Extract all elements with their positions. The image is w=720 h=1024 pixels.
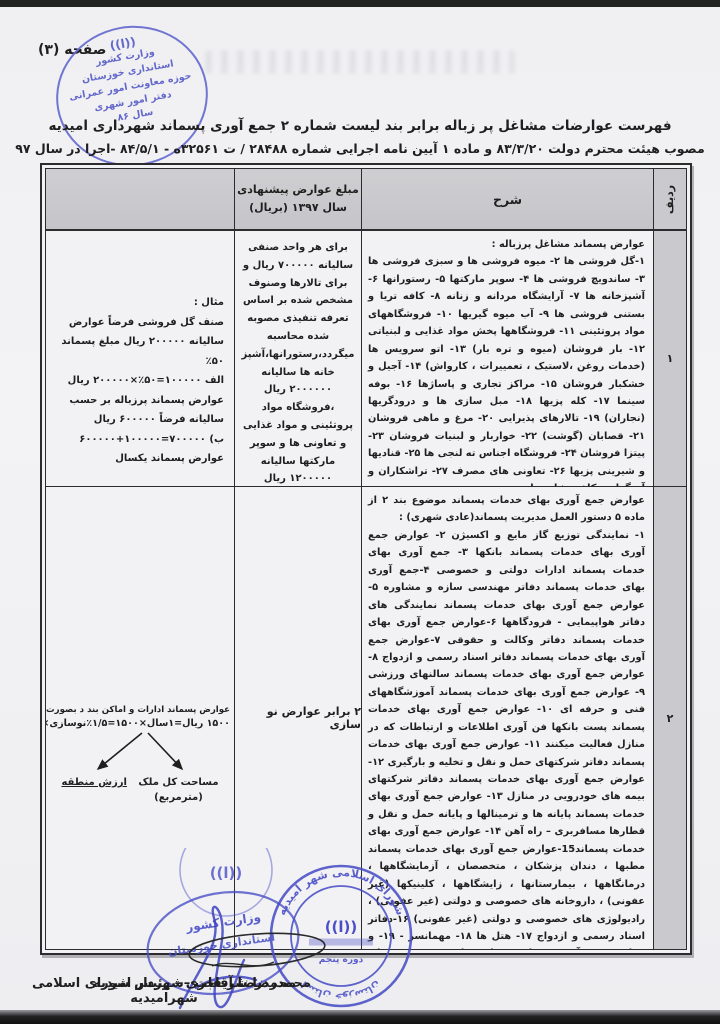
scan-edge-bottom xyxy=(0,1010,720,1024)
formula-intro: عوارض پسماند ادارات و اماکن بند د بصورت … xyxy=(50,705,230,715)
header-description-label: شرح xyxy=(493,192,522,207)
row1-amount: برای هر واحد صنفی سالیانه ۷۰۰۰۰۰ ریال و … xyxy=(234,231,361,487)
arrow-to-zone-value xyxy=(148,733,182,769)
tariff-table: ردیف شرح مبلغ عوارض پیشنهادی سال ۱۳۹۷ (ب… xyxy=(40,163,692,955)
header-row-number-label: ردیف xyxy=(664,184,677,213)
header-amount-label: مبلغ عوارض پیشنهادی سال ۱۳۹۷ (بریال) xyxy=(237,181,359,216)
scan-edge-top xyxy=(0,0,720,7)
label-zone-value: ارزش منطقه xyxy=(61,775,127,805)
row2-number: ۲ xyxy=(653,487,686,949)
tariff-table-grid: ردیف شرح مبلغ عوارض پیشنهادی سال ۱۳۹۷ (ب… xyxy=(45,168,687,950)
row1-description: عوارض پسماند مشاغل پرزباله : ۱-گل فروشی … xyxy=(361,231,653,487)
header-row-number: ردیف xyxy=(653,169,686,231)
header-note-empty xyxy=(46,169,234,231)
header-amount: مبلغ عوارض پیشنهادی سال ۱۳۹۷ (بریال) xyxy=(234,169,361,231)
label-total-area: مساحت کل ملک (مترمربع) xyxy=(138,775,218,805)
document-subtitle: مصوب هیئت محترم دولت ۸۳/۳/۲۰ و ماده ۱ آی… xyxy=(0,141,720,156)
row2-amount: ۲ برابر عوارض نو سازی xyxy=(234,487,361,949)
row2-description: عوارض جمع آوری بهای خدمات پسماند موضوع ب… xyxy=(361,487,653,949)
row2-formula-note: عوارض پسماند ادارات و اماکن بند د بصورت … xyxy=(50,705,230,805)
arrow-to-area xyxy=(98,733,142,769)
formula-line: ۱۵۰۰ ریال=۱سال×۱۵۰۰=۱/۵٪نوسازی×۲۰۰۰۰۰۰×۲… xyxy=(50,718,230,729)
row1-example-note: مثال : صنف گل فروشی فرضاً عوارض سالیانه … xyxy=(46,231,234,487)
row1-number: ۱ xyxy=(653,231,686,487)
row2-note-cell: عوارض پسماند ادارات و اماکن بند د بصورت … xyxy=(46,487,234,949)
council-signature-caption: محمدرضا آقاجری – رئیس شورای اسلامی شهرام… xyxy=(28,976,300,1006)
formula-arrows xyxy=(50,729,230,781)
header-description: شرح xyxy=(361,169,653,231)
ink-bleed-smudge xyxy=(205,50,515,74)
document-title: فهرست عوارضات مشاغل پر زباله برابر بند ل… xyxy=(0,118,720,134)
